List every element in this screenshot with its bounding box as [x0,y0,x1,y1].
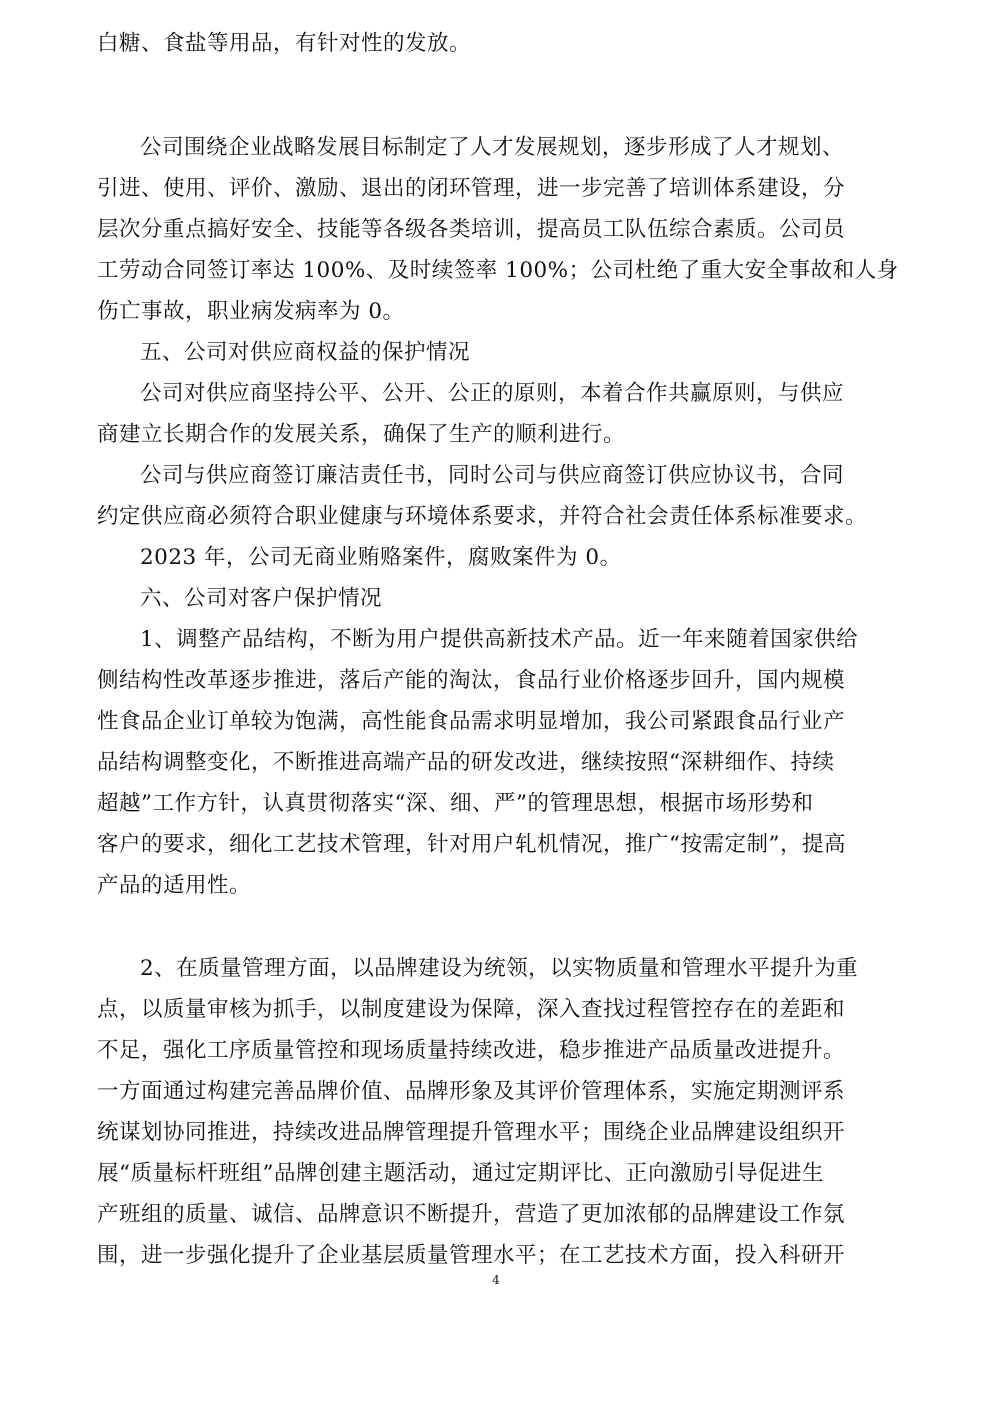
text-line: 引进、使用、评价、激励、退出的闭环管理，进一步完善了培训体系建设，分 [97,175,897,203]
text-line: 侧结构性改革逐步推进，落后产能的淘汰，食品行业价格逐步回升，国内规模 [97,667,897,695]
text-line: 超越”工作方针，认真贯彻落实“深、细、严”的管理思想，根据市场形势和 [97,790,897,818]
page-number: 4 [0,1273,992,1287]
text-line: 工劳动合同签订率达 100%、及时续签率 100%；公司杜绝了重大安全事故和人身 [97,257,897,285]
text-line: 伤亡事故，职业病发病率为 0。 [97,298,897,326]
text-line: 约定供应商必须符合职业健康与环境体系要求，并符合社会责任体系标准要求。 [97,503,897,531]
section-heading: 五、公司对供应商权益的保护情况 [140,339,940,367]
text-line: 2、在质量管理方面，以品牌建设为统领，以实物质量和管理水平提升为重 [140,955,940,983]
text-line: 产品的适用性。 [97,872,897,900]
text-line: 品结构调整变化，不断推进高端产品的研发改进，继续按照“深耕细作、持续 [97,749,897,777]
text-line: 围，进一步强化提升了企业基层质量管理水平；在工艺技术方面，投入科研开 [97,1242,897,1270]
text-line: 产班组的质量、诚信、品牌意识不断提升，营造了更加浓郁的品牌建设工作氛 [97,1201,897,1229]
section-heading: 六、公司对客户保护情况 [140,585,940,613]
text-line: 1、调整产品结构，不断为用户提供高新技术产品。近一年来随着国家供给 [140,626,940,654]
document-page: 白糖、食盐等用品，有针对性的发放。 公司围绕企业战略发展目标制定了人才发展规划，… [0,0,992,1403]
text-line: 白糖、食盐等用品，有针对性的发放。 [97,30,897,58]
text-line: 点，以质量审核为抓手，以制度建设为保障，深入查找过程管控存在的差距和 [97,996,897,1024]
text-line: 统谋划协同推进，持续改进品牌管理提升管理水平；围绕企业品牌建设组织开 [97,1119,897,1147]
text-line: 公司对供应商坚持公平、公开、公正的原则，本着合作共赢原则，与供应 [140,380,940,408]
text-line: 客户的要求，细化工艺技术管理，针对用户轧机情况，推广“按需定制”，提高 [97,831,897,859]
text-line: 性食品企业订单较为饱满，高性能食品需求明显增加，我公司紧跟食品行业产 [97,708,897,736]
text-line: 公司围绕企业战略发展目标制定了人才发展规划，逐步形成了人才规划、 [140,134,940,162]
text-line: 商建立长期合作的发展关系，确保了生产的顺利进行。 [97,421,897,449]
text-line: 公司与供应商签订廉洁责任书，同时公司与供应商签订供应协议书，合同 [140,462,940,490]
text-line: 展“质量标杆班组”品牌创建主题活动，通过定期评比、正向激励引导促进生 [97,1160,897,1188]
text-line: 层次分重点搞好安全、技能等各级各类培训，提高员工队伍综合素质。公司员 [97,216,897,244]
text-line: 2023 年，公司无商业贿赂案件，腐败案件为 0。 [140,544,940,572]
text-line: 一方面通过构建完善品牌价值、品牌形象及其评价管理体系，实施定期测评系 [97,1078,897,1106]
text-line: 不足，强化工序质量管控和现场质量持续改进，稳步推进产品质量改进提升。 [97,1037,897,1065]
